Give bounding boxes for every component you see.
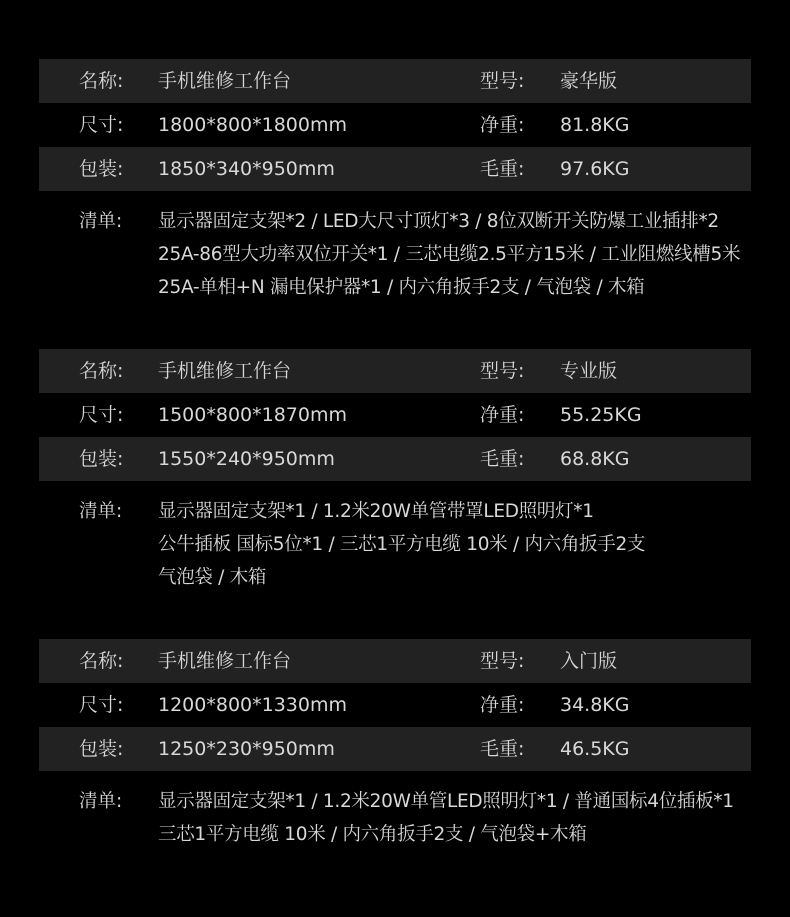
gross-weight-label: 毛重: (480, 437, 524, 481)
model-value: 入门版 (560, 639, 617, 683)
spec-block-deluxe: 名称: 手机维修工作台 型号: 豪华版 尺寸: 1800*800*1800mm … (39, 59, 751, 205)
spec-row-name: 名称: 手机维修工作台 型号: 专业版 (39, 349, 751, 393)
spec-row-size: 尺寸: 1200*800*1330mm 净重: 34.8KG (39, 683, 751, 727)
name-value: 手机维修工作台 (158, 349, 291, 393)
gross-weight-value: 97.6KG (560, 147, 630, 191)
spec-row-package: 包装: 1250*230*950mm 毛重: 46.5KG (39, 727, 751, 771)
model-value: 豪华版 (560, 59, 617, 103)
list-line: 三芯1平方电缆 10米 / 内六角扳手2支 / 气泡袋+木箱 (158, 818, 734, 851)
spec-row-package: 包装: 1850*340*950mm 毛重: 97.6KG (39, 147, 751, 191)
name-label: 名称: (79, 349, 123, 393)
spec-row-size: 尺寸: 1800*800*1800mm 净重: 81.8KG (39, 103, 751, 147)
list-line: 显示器固定支架*1 / 1.2米20W单管带罩LED照明灯*1 (158, 495, 645, 528)
gross-weight-value: 46.5KG (560, 727, 630, 771)
gross-weight-label: 毛重: (480, 147, 524, 191)
size-label: 尺寸: (79, 103, 123, 147)
package-label: 包装: (79, 147, 123, 191)
package-value: 1850*340*950mm (158, 147, 335, 191)
spec-row-size: 尺寸: 1500*800*1870mm 净重: 55.25KG (39, 393, 751, 437)
model-label: 型号: (480, 59, 524, 103)
model-value: 专业版 (560, 349, 617, 393)
name-label: 名称: (79, 59, 123, 103)
list-line: 公牛插板 国标5位*1 / 三芯1平方电缆 10米 / 内六角扳手2支 (158, 528, 645, 561)
list-line: 显示器固定支架*2 / LED大尺寸顶灯*3 / 8位双断开关防爆工业插排*2 (158, 205, 740, 238)
list-line: 25A-单相+N 漏电保护器*1 / 内六角扳手2支 / 气泡袋 / 木箱 (158, 271, 740, 304)
net-weight-label: 净重: (480, 683, 524, 727)
net-weight-value: 34.8KG (560, 683, 630, 727)
package-label: 包装: (79, 437, 123, 481)
gross-weight-label: 毛重: (480, 727, 524, 771)
package-value: 1550*240*950mm (158, 437, 335, 481)
net-weight-label: 净重: (480, 393, 524, 437)
gross-weight-value: 68.8KG (560, 437, 630, 481)
package-label: 包装: (79, 727, 123, 771)
spec-row-name: 名称: 手机维修工作台 型号: 豪华版 (39, 59, 751, 103)
net-weight-value: 81.8KG (560, 103, 630, 147)
size-value: 1200*800*1330mm (158, 683, 347, 727)
name-label: 名称: (79, 639, 123, 683)
model-label: 型号: (480, 639, 524, 683)
list-label: 清单: (79, 785, 122, 818)
name-value: 手机维修工作台 (158, 59, 291, 103)
model-label: 型号: (480, 349, 524, 393)
net-weight-value: 55.25KG (560, 393, 642, 437)
size-label: 尺寸: (79, 683, 123, 727)
spec-block-entry: 名称: 手机维修工作台 型号: 入门版 尺寸: 1200*800*1330mm … (39, 639, 751, 785)
package-value: 1250*230*950mm (158, 727, 335, 771)
list-label: 清单: (79, 495, 122, 528)
list-line: 25A-86型大功率双位开关*1 / 三芯电缆2.5平方15米 / 工业阻燃线槽… (158, 238, 740, 271)
size-value: 1800*800*1800mm (158, 103, 347, 147)
list-label: 清单: (79, 205, 122, 238)
list-line: 显示器固定支架*1 / 1.2米20W单管LED照明灯*1 / 普通国标4位插板… (158, 785, 734, 818)
size-value: 1500*800*1870mm (158, 393, 347, 437)
name-value: 手机维修工作台 (158, 639, 291, 683)
net-weight-label: 净重: (480, 103, 524, 147)
spec-block-professional: 名称: 手机维修工作台 型号: 专业版 尺寸: 1500*800*1870mm … (39, 349, 751, 495)
spec-row-name: 名称: 手机维修工作台 型号: 入门版 (39, 639, 751, 683)
spec-row-package: 包装: 1550*240*950mm 毛重: 68.8KG (39, 437, 751, 481)
size-label: 尺寸: (79, 393, 123, 437)
list-line: 气泡袋 / 木箱 (158, 561, 645, 594)
